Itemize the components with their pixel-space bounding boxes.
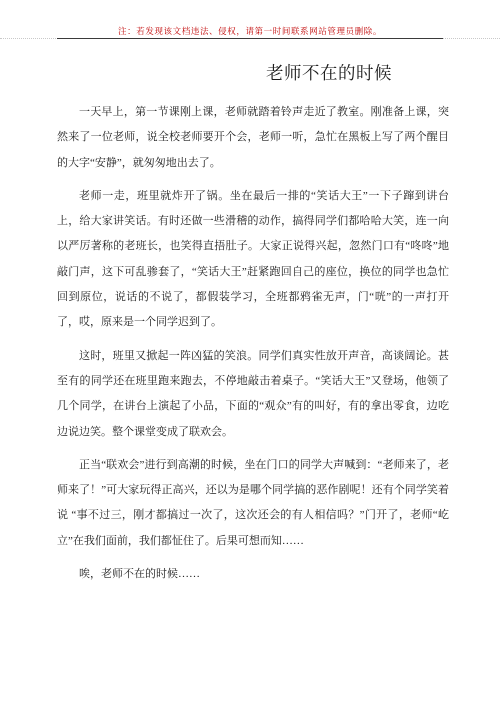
document-title: 老师不在的时候	[266, 60, 392, 85]
body-paragraph: 正当“联欢会”进行到高潮的时候，坐在门口的同学大声喊到：“老师来了，老师来了！”…	[57, 453, 449, 554]
header-rule-solid	[57, 38, 443, 39]
document-body: 一天早上，第一节课刚上课，老师就踏着铃声走近了教室。刚准备上课，突然来了一位老师…	[57, 100, 449, 595]
body-paragraph: 唉，老师不在的时候……	[57, 562, 449, 587]
header-notice: 注：若发现该文档违法、侵权，请第一时间联系网站管理员删除。	[0, 25, 500, 37]
body-paragraph: 一天早上，第一节课刚上课，老师就踏着铃声走近了教室。刚准备上课，突然来了一位老师…	[57, 100, 449, 176]
body-paragraph: 这时，班里又掀起一阵凶猛的笑浪。同学们真实性放开声音，高谈阔论。甚至有的同学还在…	[57, 344, 449, 445]
document-page: 注：若发现该文档违法、侵权，请第一时间联系网站管理员删除。 老师不在的时候 一天…	[0, 0, 500, 708]
body-paragraph: 老师一走，班里就炸开了锅。坐在最后一排的“笑话大王”一下子蹿到讲台上，给大家讲笑…	[57, 184, 449, 336]
